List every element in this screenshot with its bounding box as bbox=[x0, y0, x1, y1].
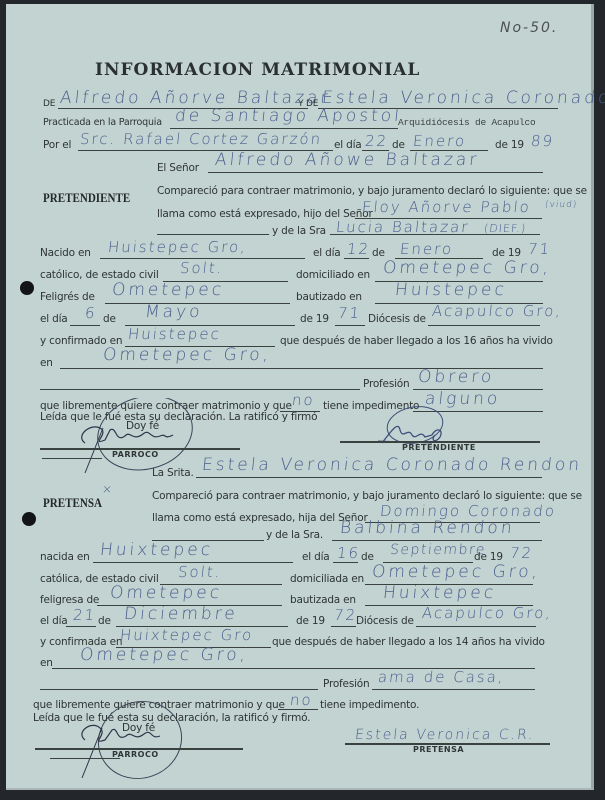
diocesis-value: Acapulco Gro, bbox=[431, 302, 563, 320]
feligresa-value: Ometepec bbox=[109, 583, 223, 603]
declaration-text-2: Compareció para contraer matrimonio, y b… bbox=[152, 490, 582, 502]
year-prefix: de 19 bbox=[495, 139, 524, 151]
nacido-label: Nacido en bbox=[40, 247, 91, 259]
bride-diocesis-label: Diócesis de bbox=[356, 615, 414, 627]
diocesis-label: Diócesis de bbox=[368, 313, 426, 325]
pretendiente-caption: PRETENDIENTE bbox=[402, 443, 476, 452]
de-label: DE bbox=[43, 99, 55, 109]
bride-bap-month: Diciembre bbox=[123, 604, 239, 624]
bride-diocesis-value: Acapulco Gro, bbox=[421, 604, 553, 622]
en-label: en bbox=[40, 357, 53, 369]
bride-birth-de-label: de bbox=[361, 551, 374, 563]
bride-domicilio-label: domiciliada en bbox=[290, 573, 364, 585]
priest-name: Src. Rafael Cortez Garzón bbox=[79, 130, 323, 148]
parroquia-label: Practicada en la Parroquia bbox=[43, 117, 162, 128]
domicilio-label: domiciliado en bbox=[296, 269, 370, 281]
bride-bap-dia-label: el día bbox=[40, 615, 68, 627]
hija-label: llama como está expresado, hija del Seño… bbox=[152, 512, 368, 524]
bride-bap-day: 21 bbox=[72, 606, 97, 624]
bride-vivido-value: Ometepec Gro, bbox=[79, 645, 249, 665]
bride-bap-year-prefix: de 19 bbox=[296, 615, 325, 627]
mother-note: (DIEF.) bbox=[483, 222, 527, 235]
bride-birth-day: 16 bbox=[336, 544, 361, 562]
arquidiocesis-label: Arquidiócesis de Acapulco bbox=[398, 117, 536, 128]
bride-profesion-label: Profesión bbox=[323, 678, 369, 690]
father-name: Eloy Añorve Pablo bbox=[361, 198, 532, 216]
section-pretendiente: PRETENDIENTE bbox=[43, 190, 130, 206]
birth-de-label: de bbox=[372, 247, 385, 259]
bap-year-prefix: de 19 bbox=[300, 313, 329, 325]
profesion-value: Obrero bbox=[417, 367, 495, 387]
parroquia-value: de Santiago Apostol bbox=[174, 106, 403, 126]
bride-impedimento-label: tiene impedimento. bbox=[320, 699, 419, 711]
en-label-2: en bbox=[40, 657, 53, 669]
parroco-caption-2: PARROCO bbox=[112, 750, 159, 759]
por-el-label: Por el bbox=[43, 139, 71, 151]
bride-profesion-value: ama de Casa, bbox=[377, 668, 506, 686]
bautizada-value: Huixtepec bbox=[382, 583, 497, 603]
civil-value: Solt. bbox=[179, 259, 224, 277]
punch-hole bbox=[20, 281, 34, 295]
pretensa-signature: Estela Veronica C.R. bbox=[354, 727, 535, 743]
parroco-signature-2 bbox=[60, 700, 210, 790]
document-title: INFORMACION MATRIMONIAL bbox=[95, 60, 420, 80]
bride-civil-value: Solt. bbox=[177, 563, 222, 581]
birthplace-value: Huistepec Gro, bbox=[107, 238, 248, 256]
bride-birth-dia-label: el día bbox=[302, 551, 330, 563]
bride-bap-year: 72 bbox=[333, 606, 358, 624]
pretensa-caption: PRETENSA bbox=[413, 745, 464, 754]
despues-text: que después de haber llegado a los 16 añ… bbox=[280, 335, 553, 347]
confirmado-value: Huistepec bbox=[127, 325, 222, 343]
bride-impedimento-neg: no bbox=[289, 691, 314, 709]
birth-year-value: 71 bbox=[527, 240, 552, 258]
bautizada-label: bautizada en bbox=[290, 594, 356, 606]
srita-label: La Srita. bbox=[152, 467, 194, 479]
father-note: (viud) bbox=[544, 200, 577, 210]
bap-month-value: Mayo bbox=[144, 302, 204, 322]
bride-bap-de-label: de bbox=[98, 615, 111, 627]
bap-day-value: 6 bbox=[84, 304, 97, 322]
bride-name: Estela Veronica Coronado Rendon bbox=[201, 455, 583, 475]
bap-dia-label: el día bbox=[40, 313, 68, 325]
despues-text-2: que después de haber llegado a los 14 añ… bbox=[272, 636, 545, 648]
feligres-label: Feligrés de bbox=[40, 291, 95, 303]
y-sra-label-2: y de la Sra. bbox=[266, 529, 323, 541]
punch-hole bbox=[22, 512, 36, 526]
domicilio-value: Ometepec Gro, bbox=[382, 258, 552, 278]
birth-dia-label: el día bbox=[313, 247, 341, 259]
vivido-value: Ometepec Gro, bbox=[102, 345, 272, 365]
feligres-value: Ometepec bbox=[111, 280, 225, 300]
senor-label: El Señor bbox=[157, 162, 199, 174]
birth-month-value: Enero bbox=[399, 240, 454, 258]
y-sra-label: y de la Sra bbox=[272, 225, 326, 237]
bap-year-value: 71 bbox=[337, 304, 362, 322]
section-pretensa: PRETENSA bbox=[43, 495, 102, 511]
bride-birth-month: Septiembre bbox=[389, 542, 487, 558]
impedimento-neg: no bbox=[291, 391, 316, 409]
nacida-label: nacida en bbox=[40, 551, 90, 563]
feligresa-label: feligresa de bbox=[40, 594, 99, 606]
declaration-text: Compareció para contraer matrimonio, y b… bbox=[157, 185, 587, 197]
groom-name-header: Alfredo Añorve Baltazar bbox=[59, 88, 332, 108]
pretensa-mark: × bbox=[101, 482, 114, 496]
bautizado-label: bautizado en bbox=[296, 291, 362, 303]
month-value: Enero bbox=[412, 132, 467, 150]
bautizado-value: Huistepec bbox=[394, 280, 508, 300]
dia-value: 22 bbox=[364, 132, 389, 150]
bride-mother-name: Balbina Rendon bbox=[339, 518, 516, 538]
bride-birthplace: Huixtepec bbox=[99, 540, 214, 560]
birth-day-value: 12 bbox=[346, 240, 371, 258]
profesion-label: Profesión bbox=[363, 378, 409, 390]
bride-domicilio-value: Ometepec Gro, bbox=[371, 562, 541, 582]
document-number: No-50. bbox=[500, 20, 558, 36]
confirmada-value: Huixtepec Gro bbox=[119, 626, 254, 644]
year-value: 89 bbox=[530, 132, 555, 150]
parroco-caption: PARROCO bbox=[112, 450, 159, 459]
bride-birth-year: 72 bbox=[509, 544, 534, 562]
bap-de-label: de bbox=[103, 313, 116, 325]
groom-name: Alfredo Añowe Baltazar bbox=[214, 150, 480, 170]
bride-name-header: Estela Veronica Coronado R. bbox=[321, 88, 605, 108]
